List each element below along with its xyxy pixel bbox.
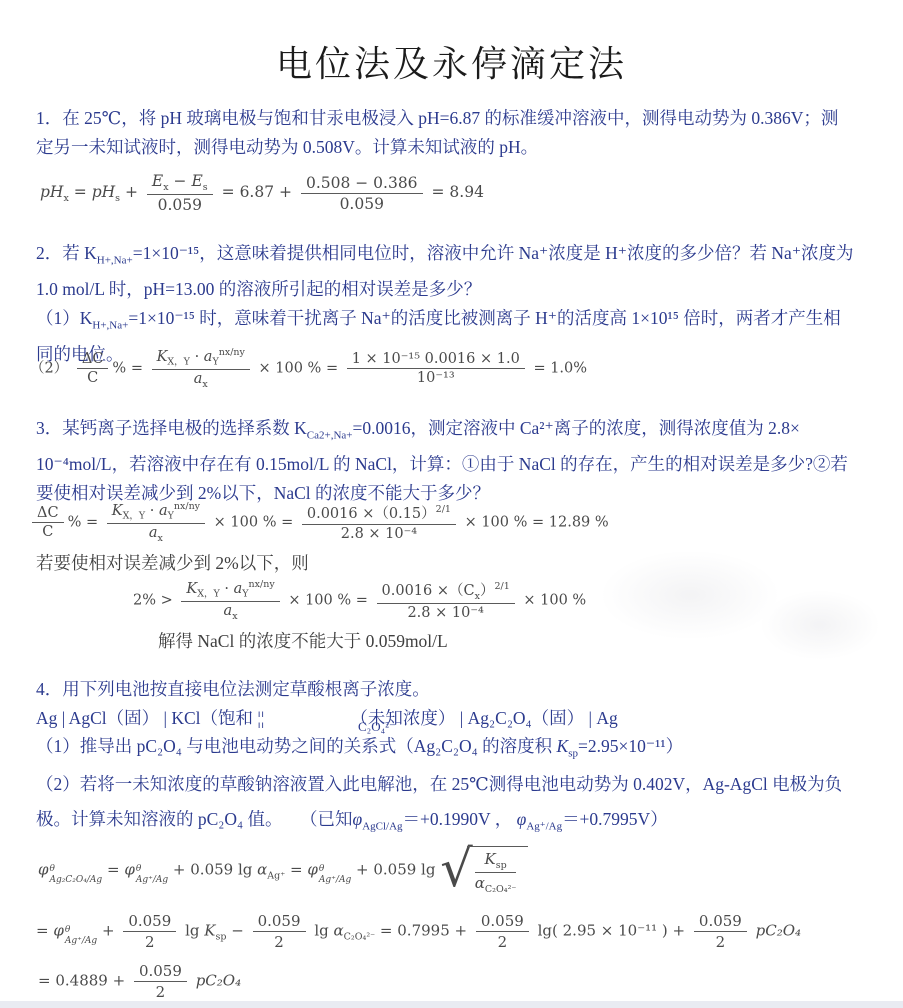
math-token: =: [222, 183, 235, 201]
formula-relative-error-q2: （2） ΔCC% = KX，Y · aYnx/nyax × 100 % = 1 …: [30, 347, 587, 390]
math-token: × 100 %: [214, 514, 277, 530]
math-token: E: [191, 172, 202, 190]
text-run: 极。计算未知溶液的 pC₂O₄ 值。 （已知: [36, 809, 353, 829]
formula-nacl-limit: 2% > KX，Y · aYnx/nyax × 100 % = 0.0016 ×…: [133, 579, 586, 622]
numerator: KX，Y · aYnx/ny: [181, 579, 279, 602]
fraction: 0.0592: [134, 962, 187, 1001]
math-token: = 0.7995 +: [380, 922, 467, 940]
numerator: 0.059: [253, 912, 306, 932]
numerator: 0.059: [476, 912, 529, 932]
denominator: 2: [694, 932, 747, 951]
text-run: 2．若 K: [36, 243, 97, 263]
math-token: =: [326, 360, 338, 376]
text-run: =2.95×10⁻¹¹）: [578, 736, 683, 756]
numerator: 1 × 10⁻¹⁵ 0.0016 × 1.0: [347, 351, 525, 369]
fraction: 0.0592: [694, 912, 747, 951]
fraction: 0.0592: [476, 912, 529, 951]
scan-smudge: [600, 550, 780, 640]
math-token: K: [157, 349, 168, 365]
math-token: pH: [92, 183, 115, 201]
fraction: KspαC₂O₄²⁻: [475, 850, 517, 895]
denominator: ax: [181, 602, 279, 622]
math-token: E: [152, 172, 163, 190]
fraction: ΔCC: [32, 505, 64, 540]
numerator: 0.0016 ×（0.15）2/1: [302, 502, 456, 525]
math-token: 0.0016 ×（C: [382, 583, 475, 599]
math-token: x: [158, 533, 163, 544]
math-token: 2% >: [133, 592, 173, 608]
math-token: =: [74, 183, 87, 201]
math-token: %: [112, 360, 126, 376]
math-token: x: [163, 182, 168, 193]
fraction: KX，Y · aYnx/nyax: [107, 501, 205, 544]
math-token: φ: [53, 922, 64, 940]
numerator: 0.0016 ×（Cx）2/1: [377, 579, 515, 604]
math-token: %: [68, 514, 82, 530]
question-4-part-2-line-2: 极。计算未知溶液的 pC₂O₄ 值。 （已知φAgCl/Ag＝+0.1990V …: [36, 801, 888, 845]
question-4-part-1: （1）推导出 pC₂O₄ 与电池电动势之间的关系式（Ag₂C₂O₄ 的溶度积 K…: [36, 732, 888, 768]
math-token: x: [202, 379, 207, 390]
math-token: K: [112, 503, 123, 519]
math-token: = 12.89 %: [532, 514, 609, 530]
math-token: K: [484, 850, 495, 868]
sup-sub-stack: θAg₂C₂O₄/Ag: [50, 864, 103, 885]
math-token: X，Y: [123, 511, 146, 522]
math-token: =: [107, 861, 120, 879]
math-token: =: [356, 592, 368, 608]
math-token: X，Y: [197, 589, 220, 600]
math-token: Y: [212, 357, 218, 368]
fraction: 0.508 − 0.3860.059: [301, 174, 423, 213]
math-token: X，Y: [167, 357, 190, 368]
math-token: Ag⁺/Ag: [526, 821, 562, 833]
math-token: a: [234, 581, 243, 597]
question-3-line-1: 3．某钙离子选择电极的选择系数 KCa2+,Na+=0.0016，测定溶液中 C…: [36, 414, 888, 450]
math-token: =: [290, 861, 303, 879]
numerator: KX，Y · aYnx/ny: [107, 501, 205, 524]
math-token: 0.0016 ×（0.15）: [307, 506, 436, 522]
math-token: +: [102, 922, 115, 940]
math-token: C₂O₄²⁻: [485, 884, 517, 895]
math-token: −: [174, 172, 187, 190]
fraction: Ex − Es0.059: [147, 172, 213, 214]
text-run: =1×10⁻¹⁵ 时，意味着干扰离子 Na⁺的活度比被测离子 H⁺的活度高 1×…: [128, 308, 840, 328]
math-token: Ag₂C₂O₄/Ag: [50, 875, 103, 885]
fraction: KX，Y · aYnx/nyax: [181, 579, 279, 622]
question-2-line-1: 2．若 KH+,Na+=1×10⁻¹⁵，这意味着提供相同电位时，溶液中允许 Na…: [36, 239, 888, 275]
text-run: ＝+0.1990V ，: [403, 809, 513, 829]
math-token: +: [125, 183, 138, 201]
question-3-line-2: 10⁻⁴mol/L，若溶液中存在有 0.15mol/L 的 NaCl，计算：①由…: [36, 450, 888, 479]
text-run: （1）推导出 pC₂O₄ 与电池电动势之间的关系式（Ag₂C₂O₄ 的溶度积: [36, 736, 557, 756]
numerator: 0.059: [694, 912, 747, 932]
numerator: Ksp: [475, 850, 517, 873]
math-token: =: [281, 514, 293, 530]
math-token: φ: [124, 861, 135, 879]
numerator: Ex − Es: [147, 172, 213, 195]
fraction: 0.0592: [123, 912, 176, 951]
math-token: = 1.0%: [533, 360, 587, 376]
math-token: s: [115, 193, 120, 204]
fraction: 0.0016 ×（0.15）2/12.8 × 10⁻⁴: [302, 502, 456, 542]
numerator: ΔC: [77, 351, 109, 369]
page-title: 电位法及永停滴定法: [0, 36, 903, 87]
numerator: ΔC: [32, 505, 64, 523]
math-token: Y: [168, 511, 174, 522]
math-token: K: [557, 736, 569, 756]
math-token: =: [431, 183, 444, 201]
math-token: θ: [319, 864, 351, 874]
numerator: 0.059: [134, 962, 187, 982]
denominator: 2.8 × 10⁻⁴: [377, 604, 515, 621]
text-run: =1×10⁻¹⁵，这意味着提供相同电位时，溶液中允许 Na⁺浓度是 H⁺浓度的多…: [133, 243, 854, 263]
denominator: 2: [253, 932, 306, 951]
selectivity-coefficient-subscript: Ca2+,Na+: [307, 430, 353, 442]
math-token: lg: [185, 922, 199, 940]
question-4: 4．用下列电池按直接电位法测定草酸根离子浓度。 Ag | AgCl（固） | K…: [36, 675, 888, 845]
formula-relative-error-q3: ΔCC% = KX，Y · aYnx/nyax × 100 % = 0.0016…: [28, 501, 609, 544]
math-token: =: [86, 514, 98, 530]
math-token: ·: [150, 503, 155, 519]
math-token: ·: [195, 349, 200, 365]
question-4-line-1: 4．用下列电池按直接电位法测定草酸根离子浓度。: [36, 675, 888, 704]
math-token: a: [159, 503, 168, 519]
text-run: （1）K: [36, 308, 92, 328]
math-token: + 0.059 lg: [356, 861, 435, 879]
math-token: Ag⁺: [267, 871, 285, 882]
question-3: 3．某钙离子选择电极的选择系数 KCa2+,Na+=0.0016，测定溶液中 C…: [36, 414, 888, 507]
denominator: 0.059: [147, 195, 213, 214]
math-token: nx/ny: [174, 501, 200, 512]
math-token: α: [475, 874, 485, 892]
document-page: 电位法及永停滴定法 1．在 25℃，将 pH 玻璃电极与饱和甘汞电极浸入 pH=…: [0, 0, 903, 1008]
formula-label: （2）: [30, 360, 68, 376]
scan-smudge: [760, 590, 880, 660]
math-token: +: [279, 183, 292, 201]
formula-potential-line-1: φθAg₂C₂O₄/Ag = φθAg⁺/Ag + 0.059 lg αAg⁺ …: [38, 846, 528, 895]
math-token: sp: [568, 748, 578, 760]
math-token: 2/1: [494, 582, 509, 593]
selectivity-coefficient-subscript: H+,Na+: [92, 319, 128, 331]
denominator: C: [32, 523, 64, 540]
radicand: KspαC₂O₄²⁻: [467, 846, 529, 895]
fraction: ΔCC: [77, 351, 109, 386]
math-token: K: [204, 922, 215, 940]
math-token: C₂O₄²⁻: [344, 932, 376, 943]
formula-ph-calculation: pHx = pHs + Ex − Es0.059 = 6.87 + 0.508 …: [40, 172, 484, 214]
question-1: 1．在 25℃，将 pH 玻璃电极与饱和甘汞电极浸入 pH=6.87 的标准缓冲…: [36, 104, 888, 161]
text-run: =0.0016，测定溶液中 Ca²⁺离子的浓度，测得浓度值为 2.8×: [352, 418, 799, 438]
sup-sub-stack: θAg⁺/Ag: [136, 864, 168, 885]
math-token: pC₂O₄: [196, 972, 241, 990]
sup-sub-stack: θAg⁺/Ag: [65, 925, 97, 946]
math-token: φ: [517, 809, 527, 829]
question-1-line-1: 1．在 25℃，将 pH 玻璃电极与饱和甘汞电极浸入 pH=6.87 的标准缓冲…: [36, 104, 888, 133]
math-token: nx/ny: [219, 347, 245, 358]
denominator: 0.059: [301, 194, 423, 213]
text-run: 3．某钙离子选择电极的选择系数 K: [36, 418, 307, 438]
oxalate-species-label: C₂O₄²⁻: [358, 719, 396, 735]
formula-final-result: = 0.4889 + 0.0592 pC₂O₄: [38, 962, 241, 1001]
math-token: pH: [40, 183, 63, 201]
denominator: αC₂O₄²⁻: [475, 873, 517, 895]
math-token: Ag⁺/Ag: [319, 875, 351, 885]
math-token: φ: [353, 809, 363, 829]
math-token: φ: [38, 861, 49, 879]
fraction: 0.0016 ×（Cx）2/12.8 × 10⁻⁴: [377, 579, 515, 621]
math-token: θ: [136, 864, 168, 874]
denominator: 2: [476, 932, 529, 951]
fraction: 0.0592: [253, 912, 306, 951]
square-root: √KspαC₂O₄²⁻: [440, 846, 528, 895]
math-token: =: [36, 922, 49, 940]
math-token: pC₂O₄: [756, 922, 801, 940]
math-token: =: [131, 360, 143, 376]
math-token: Ag⁺/Ag: [65, 936, 97, 946]
math-token: Ag⁺/Ag: [136, 875, 168, 885]
formula-potential-line-2: = φθAg⁺/Ag + 0.0592 lg Ksp − 0.0592 lg α…: [36, 912, 801, 951]
denominator: ax: [152, 370, 250, 390]
math-token: 8.94: [449, 183, 484, 201]
math-token: × 100 %: [465, 514, 528, 530]
question-4-part-2-line-1: （2）若将一未知浓度的草酸钠溶液置入此电解池，在 25℃测得电池电动势为 0.4…: [36, 768, 888, 801]
math-token: α: [257, 861, 267, 879]
math-token: lg( 2.95 × 10⁻¹¹ ) +: [538, 922, 686, 940]
math-token: 2/1: [436, 504, 451, 515]
sup-sub-stack: θAg⁺/Ag: [319, 864, 351, 885]
math-token: Y: [242, 589, 248, 600]
cell-notation-line: Ag | AgCl（固） | KCl（饱和 ¦¦（未知浓度） | Ag₂C₂O₄…: [36, 704, 888, 733]
cell-notation-left: Ag | AgCl（固） | KCl（饱和 ¦¦: [36, 708, 264, 728]
numerator: 0.059: [123, 912, 176, 932]
selectivity-coefficient-subscript: H+,Na+: [97, 255, 133, 267]
math-token: θ: [65, 925, 97, 935]
math-token: sp: [496, 860, 507, 871]
fraction: KX，Y · aYnx/nyax: [152, 347, 250, 390]
math-token: ）: [480, 583, 495, 599]
math-token: ·: [224, 581, 229, 597]
denominator: 2: [134, 982, 187, 1001]
math-token: nx/ny: [249, 579, 275, 590]
denominator: 2.8 × 10⁻⁴: [302, 525, 456, 542]
math-token: α: [334, 922, 344, 940]
math-token: θ: [50, 864, 103, 874]
question-2-line-2: 1.0 mol/L 时，pH=13.00 的溶液所引起的相对误差是多少？: [36, 275, 888, 304]
math-token: x: [63, 193, 68, 204]
math-token: × 100 %: [259, 360, 322, 376]
denominator: C: [77, 369, 109, 386]
math-token: sp: [215, 932, 226, 943]
math-token: × 100 %: [523, 592, 586, 608]
denominator: ax: [107, 524, 205, 544]
numerator: 0.508 − 0.386: [301, 174, 423, 194]
question-1-line-2: 定另一未知试液时，测得电动势为 0.508V。计算未知试液的 pH。: [36, 133, 888, 162]
numerator: KX，Y · aYnx/ny: [152, 347, 250, 370]
text-run: ＝+0.7995V）: [562, 809, 668, 829]
math-token: s: [203, 182, 208, 193]
math-token: + 0.059 lg: [173, 861, 252, 879]
answer-2-line-1: （1）KH+,Na+=1×10⁻¹⁵ 时，意味着干扰离子 Na⁺的活度比被测离子…: [36, 304, 888, 340]
denominator: 2: [123, 932, 176, 951]
math-token: a: [224, 603, 233, 619]
math-token: 6.87: [240, 183, 275, 201]
math-token: lg: [314, 922, 328, 940]
math-token: × 100 %: [288, 592, 351, 608]
scan-edge-strip: [0, 1001, 903, 1008]
math-token: a: [149, 525, 158, 541]
math-token: φ: [307, 861, 318, 879]
math-token: AgCl/Ag: [362, 821, 402, 833]
math-token: −: [231, 922, 244, 940]
math-token: x: [232, 611, 237, 622]
math-token: = 0.4889 +: [38, 972, 125, 990]
math-token: K: [186, 581, 197, 597]
denominator: 10⁻¹³: [347, 369, 525, 386]
fraction: 1 × 10⁻¹⁵ 0.0016 × 1.010⁻¹³: [347, 351, 525, 386]
